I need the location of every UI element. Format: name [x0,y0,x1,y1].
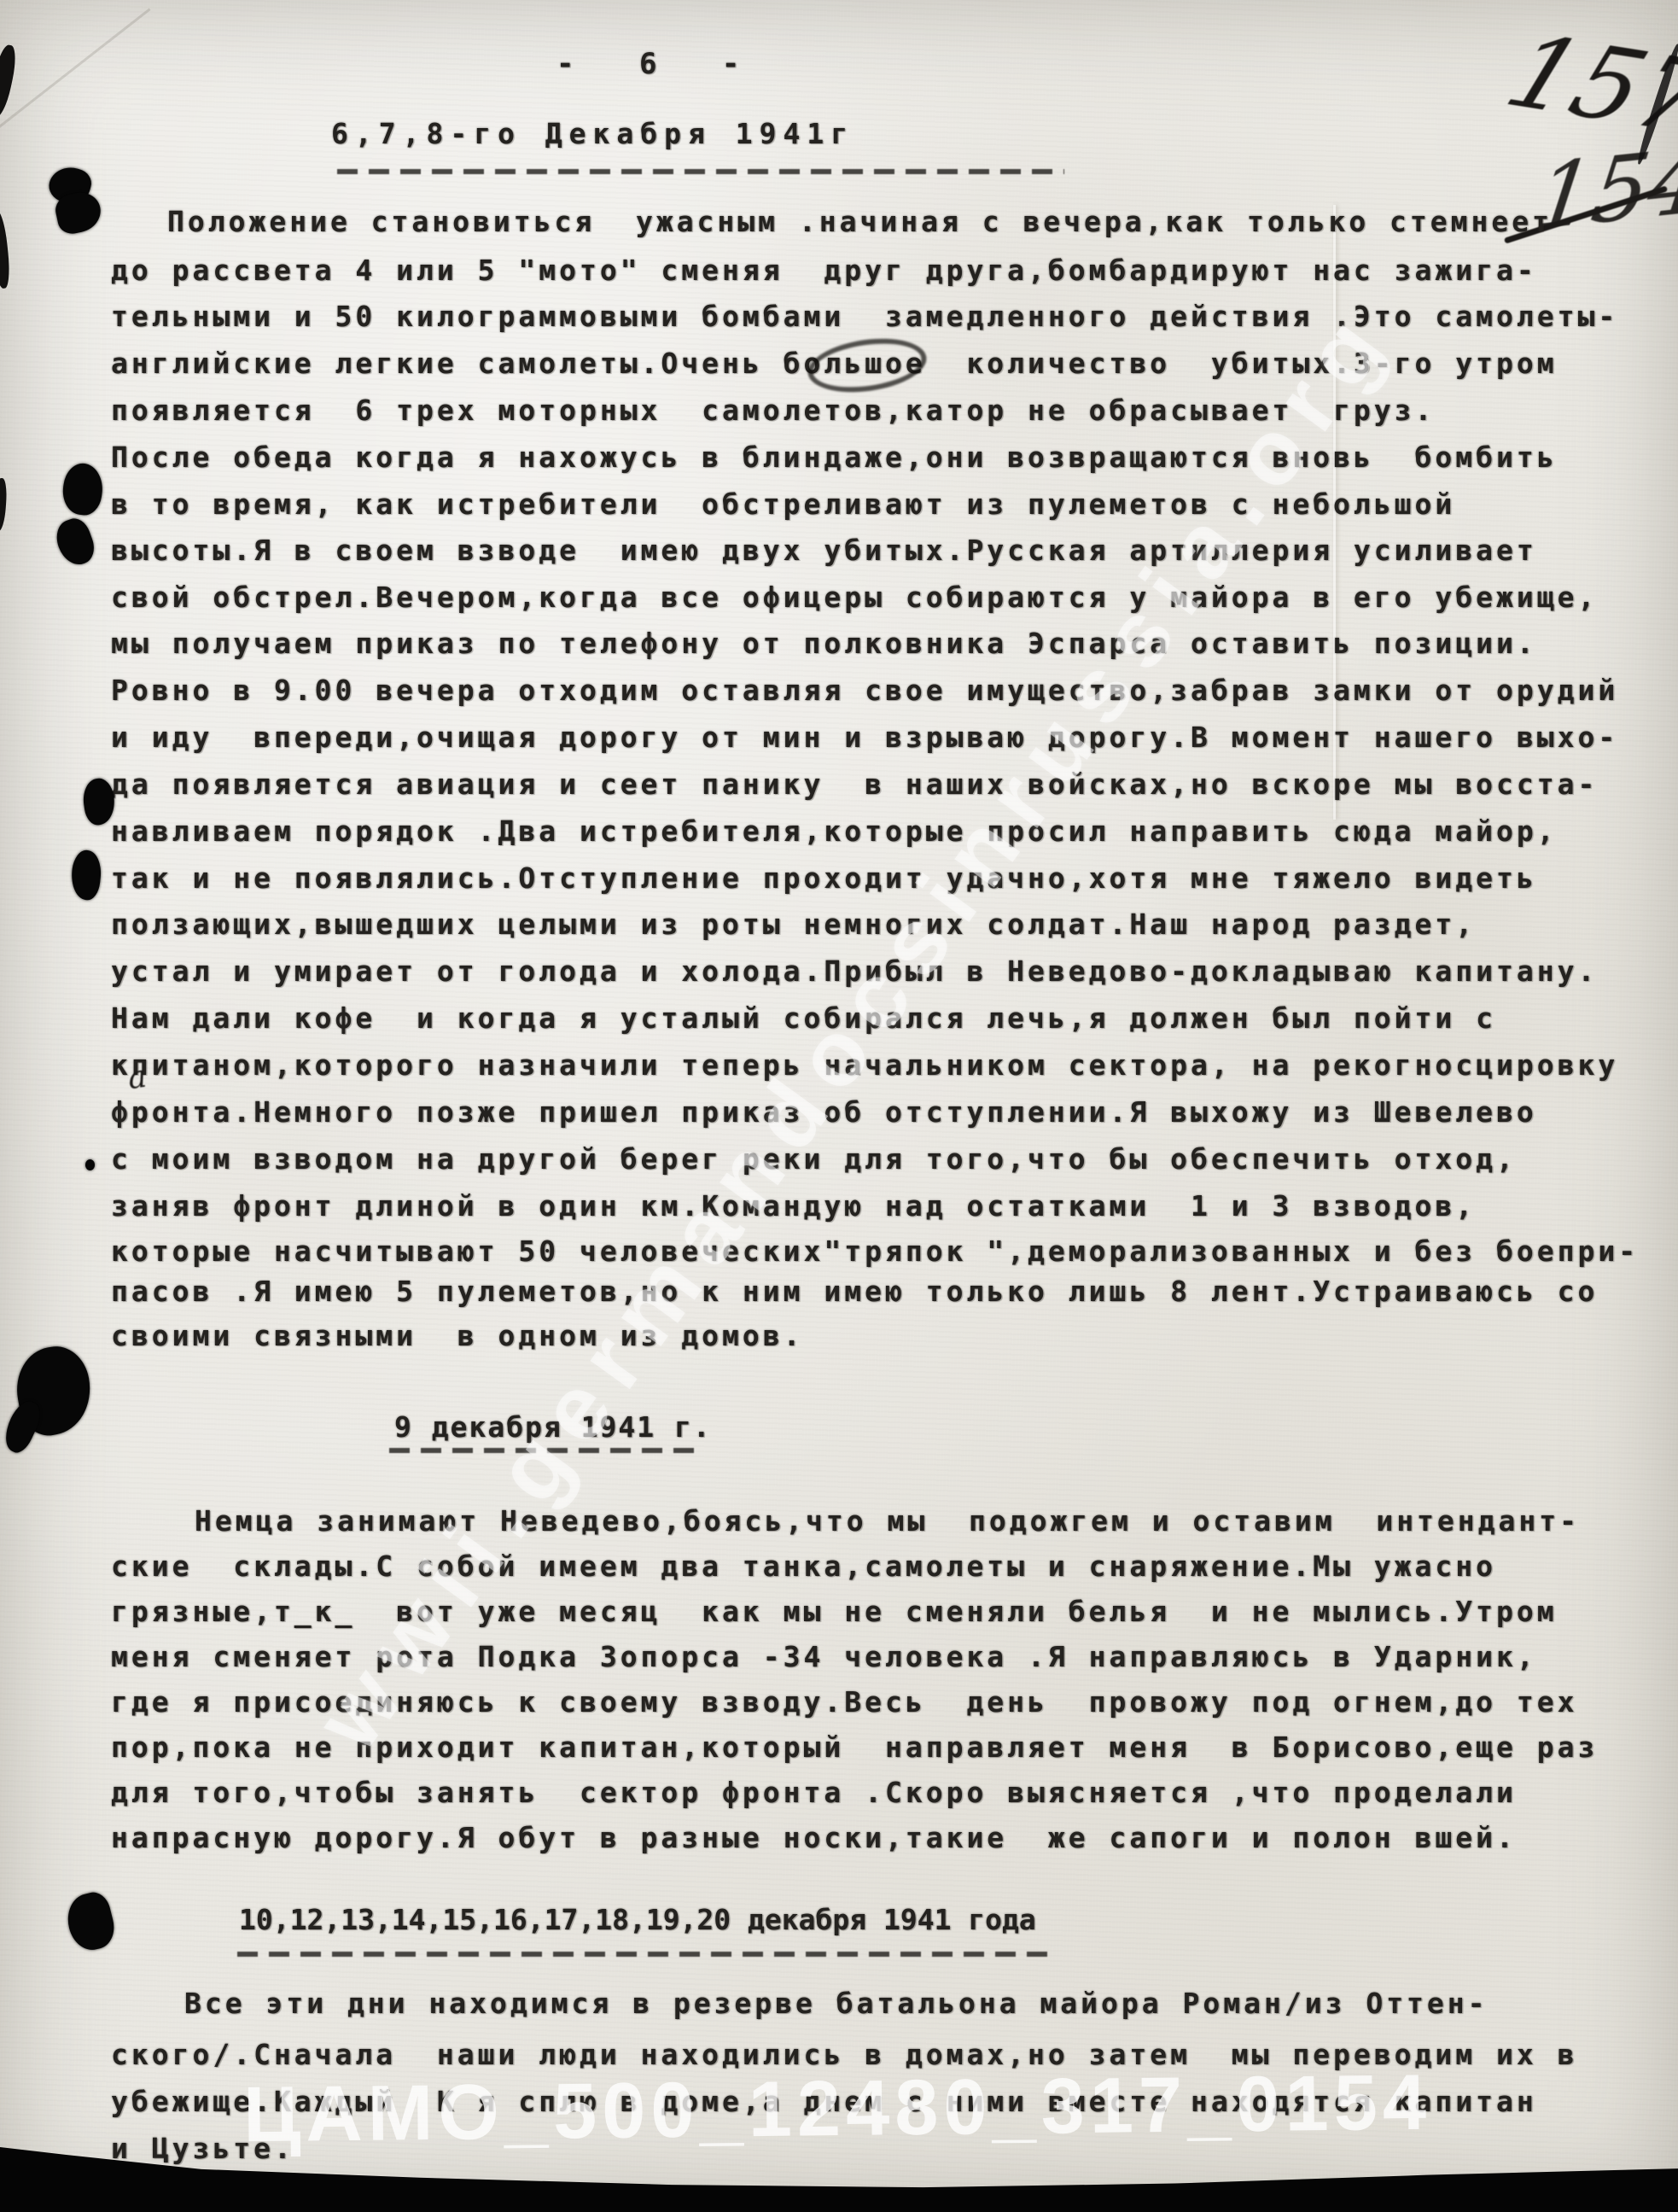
corner-crease [0,9,151,131]
typed-line: своими связными в одном из домов. [111,1322,804,1350]
typed-line: Немца занимают Неведево,боясь,что мы под… [195,1507,1580,1535]
ink-blot [51,515,99,569]
section-heading-dec-9: 9 декабря 1941 г. [394,1413,712,1441]
typed-line: фронта.Немного позже пришел приказ об от… [111,1098,1537,1126]
typed-line: устал и умирает от голода и холода.Прибы… [111,957,1598,985]
typed-line: с моим взводом на другой берег реки для … [111,1145,1517,1173]
typed-line: в то время, как истребители обстреливают… [111,490,1455,518]
typed-line: которые насчитывают 50 человеческих"тряп… [111,1237,1639,1265]
typed-line: Нам дали кофе и когда я усталый собиралс… [111,1004,1496,1032]
typed-line: до рассвета 4 или 5 "мото" сменяя друг д… [111,256,1537,284]
typed-line: ские склады.С собой имеем два танка,само… [111,1552,1496,1580]
ink-speck [85,1159,95,1170]
section-heading-dec-10-20: 10,12,13,14,15,16,17,18,19,20 декабря 19… [239,1906,1036,1934]
ink-blot [69,849,103,901]
heading-underline [337,169,1064,174]
typed-line: После обеда когда я нахожусь в блиндаже,… [111,443,1558,471]
typed-line: ского/.Сначала наши люди находились в до… [111,2040,1577,2069]
typed-line: меня сменяет рота Подка Зопорса -34 чело… [111,1643,1537,1671]
typed-line: Положение становиться ужасным .начиная с… [167,207,1553,236]
typed-line: да появляется авиация и сеет панику в на… [111,770,1598,798]
typed-line: тельными и 50 килограммовыми бомбами зам… [111,302,1618,330]
typed-line: свой обстрел.Вечером,когда все офицеры с… [111,583,1598,611]
scan-edge-mark [0,209,12,289]
section-heading-dec-6-7-8: 6,7,8-го Декабря 1941г [331,120,854,148]
document-page: - 6 - 157 154 6,7,8-го Декабря 1941г Пол… [0,0,1678,2212]
typed-line: грязные,т_к_ вот уже месяц как мы не сме… [111,1597,1558,1625]
typed-line: пор,пока не приходит капитан,который нап… [111,1733,1598,1761]
typed-line: пасов .Я имею 5 пулеметов,но к ним имею … [111,1277,1598,1305]
typed-line: заняв фронт длиной в один км.Командую на… [111,1192,1476,1220]
typed-line: и иду впереди,очищая дорогу от мин и взр… [111,723,1618,751]
typed-line: для того,чтобы занять сектор фронта .Ско… [111,1778,1517,1806]
typed-line: мы получаем приказ по телефону от полков… [111,629,1537,657]
typed-line: где я присоединяюсь к своему взводу.Весь… [111,1688,1577,1716]
typed-line: убежище.Каждый К я сплю в доме,а днем с … [111,2087,1537,2116]
heading-underline [237,1952,1050,1957]
typed-line: напрасную дорогу.Я обут в разные носки,т… [111,1824,1517,1852]
scan-edge-mark [0,478,8,532]
typed-line: навливаем порядок .Два истребителя,котор… [111,817,1558,845]
typed-line: Все эти дни находимся в резерве батальон… [184,1989,1489,2017]
typed-line: кпитаном,которого назначили теперь начал… [111,1051,1618,1079]
typed-line: высоты.Я в своем взводе имею двух убитых… [111,536,1537,564]
typed-line: так и не появлялись.Отступление проходит… [111,864,1537,892]
typed-line: Ровно в 9.00 вечера отходим оставляя сво… [111,676,1618,704]
ink-overwrite-scribble [805,332,930,400]
page-number: - 6 - [556,50,763,79]
heading-underline [389,1448,695,1453]
typed-line: и Цузьте. [111,2134,294,2162]
ink-blot [60,461,106,517]
typed-line: ползающих,вышедших целыми из роты немног… [111,910,1476,938]
typed-line: появляется 6 трех моторных самолетов,кат… [111,396,1435,424]
ink-blot [62,1889,119,1955]
scan-edge-mark [0,44,20,120]
